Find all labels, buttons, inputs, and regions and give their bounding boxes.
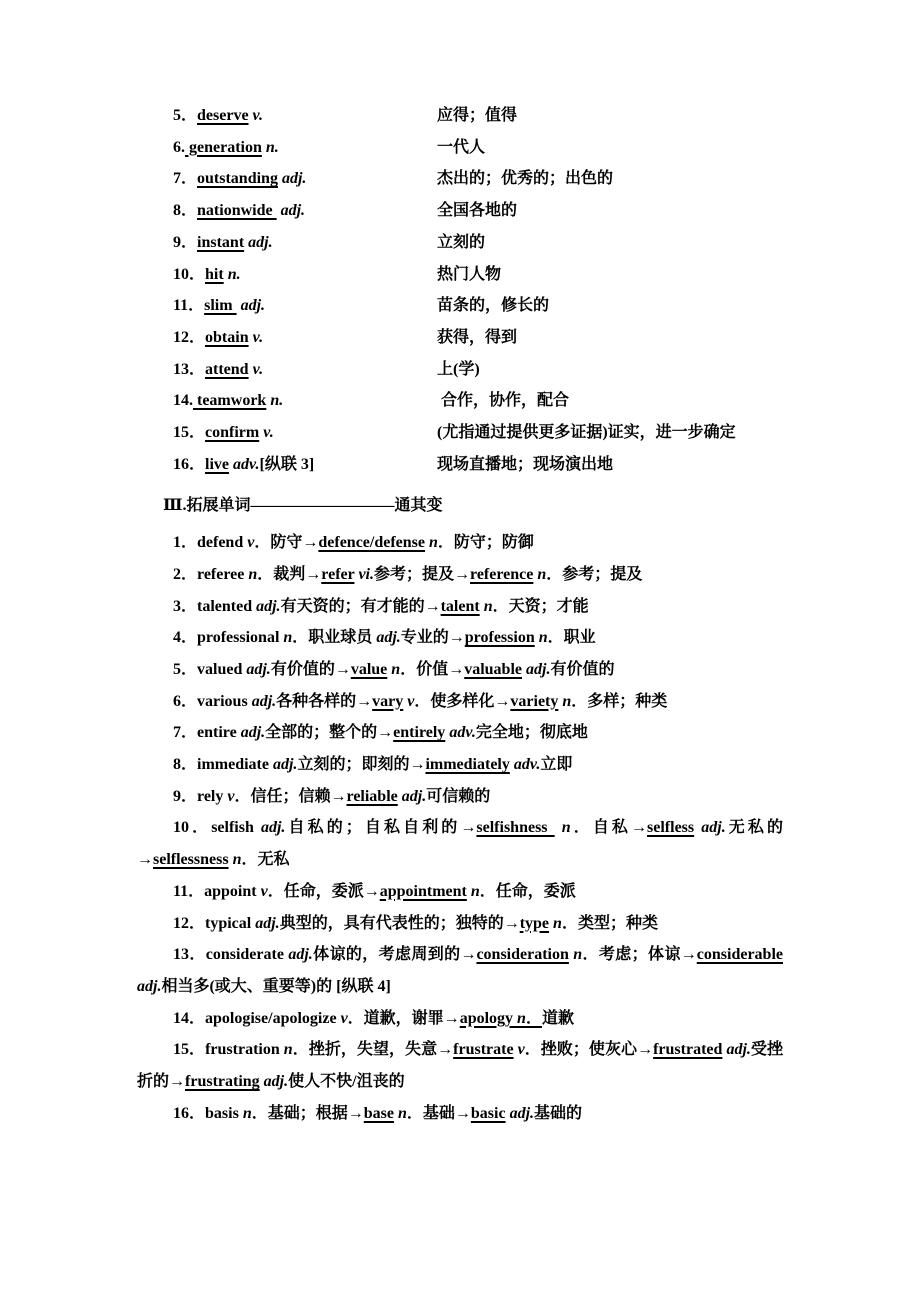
answer-blank: frustrating bbox=[185, 1073, 260, 1090]
text-run: ．挫败；使灰心→ bbox=[525, 1041, 653, 1058]
pos-label: adj. bbox=[256, 598, 280, 615]
word-row: 5．deserve v.应得；值得 bbox=[137, 100, 783, 132]
answer-blank: frustrate bbox=[453, 1041, 513, 1058]
word-definition: 热门人物 bbox=[437, 259, 783, 291]
answer-blank: selfishness bbox=[476, 819, 554, 836]
document-page: 5．deserve v.应得；值得6. generation n.一代人7．ou… bbox=[0, 0, 920, 1130]
text-run: 10． bbox=[173, 266, 205, 283]
pos-label: adj. bbox=[252, 693, 276, 710]
pos-label: adj. bbox=[246, 661, 270, 678]
answer-blank: refer bbox=[321, 566, 354, 583]
word-row: 8．nationwide adj.全国各地的 bbox=[137, 195, 783, 227]
expansion-item: 5．valued adj.有价值的→value n．价值→valuable ad… bbox=[137, 654, 783, 686]
text-run: 道歉 bbox=[542, 1010, 574, 1027]
text-run: 14. bbox=[173, 392, 193, 409]
text-run: [纵联 4] bbox=[336, 978, 391, 995]
expansion-item: 2．referee n．裁判→refer vi.参考；提及→reference … bbox=[137, 559, 783, 591]
word-row: 11．slim adj.苗条的，修长的 bbox=[137, 290, 783, 322]
word-row: 15．confirm v.(尤指通过提供更多证据)证实，进一步确定 bbox=[137, 417, 783, 449]
text-run: 6. bbox=[173, 139, 185, 156]
expansion-section: Ⅲ.拓展单词—————————通其变 1．defend v．防守→defence… bbox=[137, 490, 783, 1129]
expansion-item: 16．basis n．基础；根据→base n．基础→basic adj.基础的 bbox=[137, 1098, 783, 1130]
answer-blank: outstanding bbox=[197, 170, 278, 187]
text-run bbox=[555, 819, 562, 836]
word-definition: 苗条的，修长的 bbox=[437, 290, 783, 322]
answer-blank: base bbox=[364, 1105, 394, 1122]
word-entry: 9．instant adj. bbox=[173, 227, 437, 259]
answer-blank: instant bbox=[197, 234, 244, 251]
answer-blank: vary bbox=[372, 693, 403, 710]
word-definition: 上(学) bbox=[437, 354, 783, 386]
answer-blank: valuable bbox=[464, 661, 522, 678]
answer-blank: apology bbox=[460, 1010, 517, 1027]
text-run: 体谅的，考虑周到的→ bbox=[313, 946, 477, 963]
text-run: 13． bbox=[173, 361, 205, 378]
pos-label: adj. bbox=[402, 788, 426, 805]
word-entry: 12．obtain v. bbox=[173, 322, 437, 354]
pos-label: n bbox=[537, 566, 546, 583]
text-run: 专业的→ bbox=[401, 629, 465, 646]
text-run: ．考虑；体谅→ bbox=[582, 946, 697, 963]
pos-label: n bbox=[562, 819, 571, 836]
pos-label: v bbox=[518, 1041, 525, 1058]
text-run: 2．referee bbox=[173, 566, 248, 583]
word-entry: 13．attend v. bbox=[173, 354, 437, 386]
word-definition: 立刻的 bbox=[437, 227, 783, 259]
answer-blank: variety bbox=[510, 693, 558, 710]
text-run: 有价值的→ bbox=[271, 661, 351, 678]
text-run: 11． bbox=[173, 297, 204, 314]
word-row: 12．obtain v.获得，得到 bbox=[137, 322, 783, 354]
word-definition: 应得；值得 bbox=[437, 100, 783, 132]
text-run: 基础的 bbox=[534, 1105, 582, 1122]
text-run: [纵联 3] bbox=[260, 456, 315, 473]
answer-blank: deserve bbox=[197, 107, 249, 124]
expansion-item: 10．selfish adj.自私的；自私自利的→selfishness n．自… bbox=[137, 812, 783, 875]
answer-blank: defence/defense bbox=[318, 534, 425, 551]
pos-label: v. bbox=[253, 107, 264, 124]
pos-label: adj. bbox=[264, 1073, 288, 1090]
expansion-item: 12．typical adj.典型的，具有代表性的；独特的→type n．类型；… bbox=[137, 908, 783, 940]
answer-blank: appointment bbox=[380, 883, 467, 900]
word-entry: 6. generation n. bbox=[173, 132, 437, 164]
text-run: ．挫折，失望，失意→ bbox=[293, 1041, 453, 1058]
word-entry: 11．slim adj. bbox=[173, 290, 437, 322]
text-run: 10．selfish bbox=[173, 819, 261, 836]
word-row: 13．attend v.上(学) bbox=[137, 354, 783, 386]
pos-label: n bbox=[484, 598, 493, 615]
word-definition: 一代人 bbox=[437, 132, 783, 164]
expansion-item: 8．immediate adj.立刻的；即刻的→immediately adv.… bbox=[137, 749, 783, 781]
expansion-item: 3．talented adj.有天资的；有才能的→talent n．天资；才能 bbox=[137, 591, 783, 623]
text-run: 完全地；彻底地 bbox=[476, 724, 588, 741]
pos-label: n bbox=[573, 946, 582, 963]
pos-label: adj. bbox=[510, 1105, 534, 1122]
text-run: 8．immediate bbox=[173, 756, 273, 773]
pos-label: n bbox=[517, 1010, 526, 1027]
answer-blank: talent bbox=[441, 598, 480, 615]
answer-blank: selflessness bbox=[153, 851, 229, 868]
answer-blank: teamwork bbox=[193, 392, 266, 409]
pos-label: n. bbox=[266, 139, 279, 156]
word-row: 7．outstanding adj.杰出的；优秀的；出色的 bbox=[137, 163, 783, 195]
text-run: ．任命，委派 bbox=[480, 883, 576, 900]
text-run: 5． bbox=[173, 107, 197, 124]
text-run: 参考；提及→ bbox=[374, 566, 470, 583]
answer-blank: type bbox=[520, 915, 549, 932]
text-run: 8． bbox=[173, 202, 197, 219]
word-definition: (尤指通过提供更多证据)证实，进一步确定 bbox=[437, 417, 783, 449]
text-run: ．自私→ bbox=[571, 819, 647, 836]
text-run: ．多样；种类 bbox=[571, 693, 667, 710]
pos-label: n. bbox=[270, 392, 283, 409]
pos-label: n bbox=[248, 566, 257, 583]
answer-blank: attend bbox=[205, 361, 249, 378]
word-row: 9．instant adj.立刻的 bbox=[137, 227, 783, 259]
text-run: 13．considerate bbox=[173, 946, 288, 963]
text-run: ．参考；提及 bbox=[546, 566, 642, 583]
text-run: 6．various bbox=[173, 693, 252, 710]
heading-suffix: 通其变 bbox=[395, 497, 443, 514]
pos-label: adj. bbox=[726, 1041, 750, 1058]
answer-blank: obtain bbox=[205, 329, 249, 346]
word-definition: 获得，得到 bbox=[437, 322, 783, 354]
text-run: 可信赖的 bbox=[426, 788, 490, 805]
pos-label: n bbox=[243, 1105, 252, 1122]
answer-blank: generation bbox=[185, 139, 262, 156]
word-definition: 现场直播地；现场演出地 bbox=[437, 449, 783, 481]
expansion-section-heading: Ⅲ.拓展单词—————————通其变 bbox=[137, 490, 783, 522]
expansion-item: 11．appoint v．任命，委派→appointment n．任命，委派 bbox=[137, 876, 783, 908]
answer-blank: considerable bbox=[697, 946, 783, 963]
answer-blank: reliable bbox=[347, 788, 398, 805]
text-run: 16．basis bbox=[173, 1105, 243, 1122]
text-run: ．使多样化→ bbox=[414, 693, 510, 710]
text-run: ．任命，委派→ bbox=[268, 883, 380, 900]
text-run: 12． bbox=[173, 329, 205, 346]
pos-label: n bbox=[562, 693, 571, 710]
pos-label: adj. bbox=[273, 756, 297, 773]
pos-label: vi. bbox=[358, 566, 374, 583]
pos-label: n bbox=[553, 915, 562, 932]
answer-blank: basic bbox=[471, 1105, 506, 1122]
word-row: 14. teamwork n. 合作，协作，配合 bbox=[137, 385, 783, 417]
text-run: 5．valued bbox=[173, 661, 246, 678]
text-run bbox=[783, 946, 787, 963]
pos-label: n bbox=[283, 629, 292, 646]
text-run: 立刻的；即刻的→ bbox=[297, 756, 425, 773]
pos-label: n bbox=[391, 661, 400, 678]
text-run: 有天资的；有才能的→ bbox=[281, 598, 441, 615]
answer-blank: immediately bbox=[425, 756, 509, 773]
pos-label: n bbox=[284, 1041, 293, 1058]
text-run: ．价值→ bbox=[400, 661, 464, 678]
text-run: 12．typical bbox=[173, 915, 255, 932]
text-run: ．裁判→ bbox=[257, 566, 321, 583]
answer-blank: ． bbox=[526, 1010, 542, 1027]
pos-label: adj. bbox=[261, 819, 285, 836]
expansion-item: 13．considerate adj.体谅的，考虑周到的→considerati… bbox=[137, 939, 783, 1002]
pos-label: n bbox=[429, 534, 438, 551]
pos-label: v bbox=[341, 1010, 348, 1027]
answer-blank: consideration bbox=[476, 946, 568, 963]
text-run: 3．talented bbox=[173, 598, 256, 615]
pos-label: adj. bbox=[281, 202, 305, 219]
word-entry: 15．confirm v. bbox=[173, 417, 437, 449]
word-list-section: 5．deserve v.应得；值得6. generation n.一代人7．ou… bbox=[137, 100, 783, 480]
pos-label: adj. bbox=[255, 915, 279, 932]
expansion-item: 7．entire adj.全部的；整个的→entirely adv.完全地；彻底… bbox=[137, 717, 783, 749]
pos-label: v. bbox=[253, 361, 264, 378]
pos-label: adj. bbox=[137, 978, 161, 995]
text-run: ．防守；防御 bbox=[438, 534, 534, 551]
pos-label: n bbox=[539, 629, 548, 646]
pos-label: v. bbox=[253, 329, 264, 346]
pos-label: adv. bbox=[514, 756, 541, 773]
pos-label: adj. bbox=[248, 234, 272, 251]
answer-blank: reference bbox=[470, 566, 533, 583]
word-entry: 10．hit n. bbox=[173, 259, 437, 291]
text-run: 11．appoint bbox=[173, 883, 261, 900]
text-run: 15． bbox=[173, 424, 205, 441]
pos-label: n bbox=[471, 883, 480, 900]
expansion-item: 1．defend v．防守→defence/defense n．防守；防御 bbox=[137, 527, 783, 559]
text-run: ．天资；才能 bbox=[493, 598, 589, 615]
expansion-list: 1．defend v．防守→defence/defense n．防守；防御2．r… bbox=[137, 527, 783, 1129]
text-run: 使人不快/沮丧的 bbox=[288, 1073, 404, 1090]
text-run: ．类型；种类 bbox=[562, 915, 658, 932]
answer-blank: live bbox=[205, 456, 229, 473]
word-entry: 16．live adv.[纵联 3] bbox=[173, 449, 437, 481]
em-dash-separator: ————————— bbox=[251, 497, 395, 514]
text-run: 7．entire bbox=[173, 724, 241, 741]
text-run: ．无私 bbox=[241, 851, 289, 868]
pos-label: adj. bbox=[282, 170, 306, 187]
answer-blank: profession bbox=[465, 629, 535, 646]
text-run: ．职业 bbox=[548, 629, 596, 646]
answer-blank: nationwide bbox=[197, 202, 277, 219]
pos-label: adj. bbox=[376, 629, 400, 646]
text-run: 全部的；整个的→ bbox=[265, 724, 393, 741]
pos-label: n. bbox=[228, 266, 241, 283]
word-row: 6. generation n.一代人 bbox=[137, 132, 783, 164]
expansion-item: 9．rely v．信任；信赖→reliable adj.可信赖的 bbox=[137, 781, 783, 813]
answer-blank: entirely bbox=[393, 724, 445, 741]
answer-blank: frustrated bbox=[653, 1041, 722, 1058]
text-run: 9． bbox=[173, 234, 197, 251]
text-run: ．道歉，谢罪→ bbox=[348, 1010, 460, 1027]
word-definition: 合作，协作，配合 bbox=[437, 385, 783, 417]
pos-label: adv. bbox=[233, 456, 260, 473]
pos-label: adj. bbox=[701, 819, 725, 836]
word-definition: 杰出的；优秀的；出色的 bbox=[437, 163, 783, 195]
word-list: 5．deserve v.应得；值得6. generation n.一代人7．ou… bbox=[137, 100, 783, 480]
text-run: 1．defend bbox=[173, 534, 247, 551]
answer-blank: hit bbox=[205, 266, 224, 283]
expansion-item: 15．frustration n．挫折，失望，失意→frustrate v．挫败… bbox=[137, 1034, 783, 1097]
pos-label: v. bbox=[263, 424, 274, 441]
answer-blank: value bbox=[351, 661, 387, 678]
text-run: 4．professional bbox=[173, 629, 283, 646]
word-entry: 8．nationwide adj. bbox=[173, 195, 437, 227]
pos-label: n bbox=[398, 1105, 407, 1122]
text-run: 相当多(或大、重要等)的 bbox=[161, 978, 336, 995]
text-run: 15．frustration bbox=[173, 1041, 284, 1058]
pos-label: v bbox=[261, 883, 268, 900]
word-row: 10．hit n.热门人物 bbox=[137, 259, 783, 291]
word-entry: 7．outstanding adj. bbox=[173, 163, 437, 195]
text-run: 各种各样的→ bbox=[276, 693, 372, 710]
text-run: ．基础；根据→ bbox=[252, 1105, 364, 1122]
text-run: 14．apologise/apologize bbox=[173, 1010, 341, 1027]
text-run: ．防守→ bbox=[254, 534, 318, 551]
expansion-item: 4．professional n．职业球员 adj.专业的→profession… bbox=[137, 622, 783, 654]
pos-label: adj. bbox=[241, 297, 265, 314]
text-run: 典型的，具有代表性的；独特的→ bbox=[280, 915, 520, 932]
text-run: 立即 bbox=[540, 756, 572, 773]
text-run: 7． bbox=[173, 170, 197, 187]
text-run: ．职业球员 bbox=[292, 629, 376, 646]
answer-blank: slim bbox=[204, 297, 236, 314]
word-definition: 全国各地的 bbox=[437, 195, 783, 227]
text-run: ．基础→ bbox=[407, 1105, 471, 1122]
expansion-item: 6．various adj.各种各样的→vary v．使多样化→variety … bbox=[137, 686, 783, 718]
pos-label: adj. bbox=[288, 946, 312, 963]
text-run: 9．rely bbox=[173, 788, 227, 805]
heading-prefix: Ⅲ.拓展单词 bbox=[163, 497, 251, 514]
word-row: 16．live adv.[纵联 3]现场直播地；现场演出地 bbox=[137, 449, 783, 481]
text-run: 自私的；自私自利的→ bbox=[285, 819, 476, 836]
expansion-item: 14．apologise/apologize v．道歉，谢罪→apology n… bbox=[137, 1003, 783, 1035]
pos-label: adj. bbox=[526, 661, 550, 678]
pos-label: adj. bbox=[241, 724, 265, 741]
answer-blank: selfless bbox=[647, 819, 694, 836]
word-entry: 5．deserve v. bbox=[173, 100, 437, 132]
pos-label: adv. bbox=[449, 724, 476, 741]
text-run: 有价值的 bbox=[550, 661, 614, 678]
word-entry: 14. teamwork n. bbox=[173, 385, 437, 417]
text-run: 16． bbox=[173, 456, 205, 473]
answer-blank: confirm bbox=[205, 424, 259, 441]
text-run: ．信任；信赖→ bbox=[234, 788, 346, 805]
